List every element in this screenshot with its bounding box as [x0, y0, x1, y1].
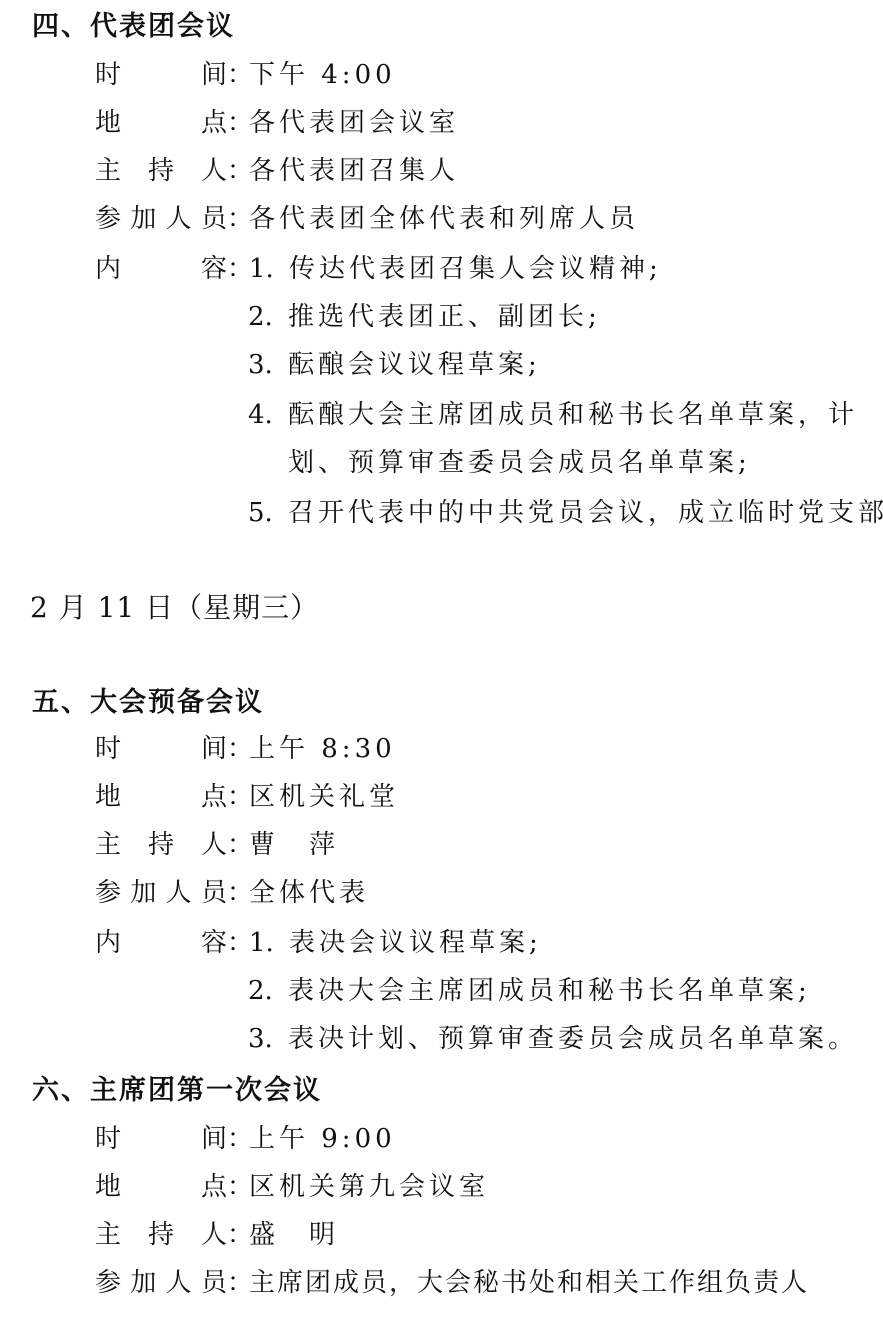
field-value: 区机关礼堂: [249, 776, 399, 813]
field-label: 主持人: [95, 150, 227, 187]
field-attendees: 参加人员：主席团成员，大会秘书处和相关工作组负责人: [95, 1262, 809, 1299]
content-item: 1.表决会议议程草案;: [249, 922, 542, 959]
content-item: 4.酝酿大会主席团成员和秘书长名单草案，计: [248, 394, 858, 431]
content-item: 2.表决大会主席团成员和秘书长名单草案;: [248, 970, 811, 1007]
field-label: 参加人员: [95, 1262, 227, 1299]
date-heading: 2 月 11 日（星期三）: [30, 586, 319, 626]
field-time: 时间：上午 8:30: [95, 728, 396, 765]
field-host: 主持人：盛 明: [95, 1214, 339, 1251]
field-location: 地点：各代表团会议室: [95, 102, 459, 139]
section-heading-6: 六、主席团第一次会议: [32, 1068, 322, 1107]
content-item: 1.传达代表团召集人会议精神;: [249, 248, 662, 285]
field-content: 内容：1.表决会议议程草案;: [95, 922, 542, 959]
field-label: 参加人员: [95, 872, 227, 909]
field-label: 内容: [95, 922, 227, 959]
field-host: 主持人：曹 萍: [95, 824, 339, 861]
field-label: 时间: [95, 1118, 227, 1155]
field-label: 主持人: [95, 824, 227, 861]
field-value: 上午 9:00: [249, 1118, 396, 1155]
field-label: 地点: [95, 1166, 227, 1203]
field-value: 下午 4:00: [249, 54, 396, 91]
field-attendees: 参加人员：全体代表: [95, 872, 369, 909]
field-time: 时间：上午 9:00: [95, 1118, 396, 1155]
content-item: 2.推选代表团正、副团长;: [248, 296, 601, 333]
field-label: 时间: [95, 54, 227, 91]
field-label: 主持人: [95, 1214, 227, 1251]
content-item: 3.酝酿会议议程草案;: [248, 344, 541, 381]
field-label: 时间: [95, 728, 227, 765]
field-value: 区机关第九会议室: [249, 1166, 489, 1203]
field-location: 地点：区机关礼堂: [95, 776, 399, 813]
field-value: 上午 8:30: [249, 728, 396, 765]
field-content: 内容：1.传达代表团召集人会议精神;: [95, 248, 662, 285]
content-item: 5.召开代表中的中共党员会议，成立临时党支部。: [248, 492, 883, 529]
field-host: 主持人：各代表团召集人: [95, 150, 459, 187]
field-value: 曹 萍: [249, 824, 339, 861]
field-value: 各代表团全体代表和列席人员: [249, 198, 639, 235]
field-value: 各代表团会议室: [249, 102, 459, 139]
field-value: 各代表团召集人: [249, 150, 459, 187]
field-value: 主席团成员，大会秘书处和相关工作组负责人: [249, 1262, 809, 1299]
section-heading-4: 四、代表团会议: [32, 4, 235, 43]
field-label: 内容: [95, 248, 227, 285]
field-location: 地点：区机关第九会议室: [95, 1166, 489, 1203]
field-value: 盛 明: [249, 1214, 339, 1251]
field-attendees: 参加人员：各代表团全体代表和列席人员: [95, 198, 639, 235]
field-time: 时间：下午 4:00: [95, 54, 396, 91]
field-label: 地点: [95, 776, 227, 813]
content-item-continuation: 划、预算审查委员会成员名单草案;: [288, 442, 751, 479]
content-item: 3.表决计划、预算审查委员会成员名单草案。: [248, 1018, 858, 1055]
field-value: 全体代表: [249, 872, 369, 909]
section-heading-5: 五、大会预备会议: [32, 680, 264, 719]
field-label: 参加人员: [95, 198, 227, 235]
field-label: 地点: [95, 102, 227, 139]
